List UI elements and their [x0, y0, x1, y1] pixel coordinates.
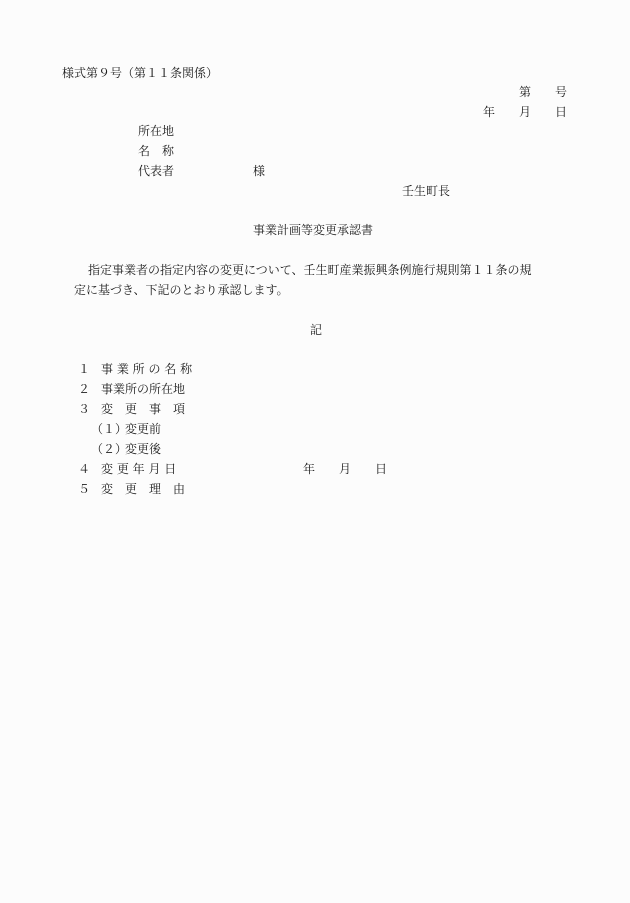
recipient-honorific: 様 [253, 164, 265, 178]
subitem-number: （１） [91, 422, 127, 436]
recipient-name-label: 名 称 [138, 144, 174, 158]
item-number: ３ [78, 402, 90, 416]
document-number-label: 第 号 [519, 85, 567, 99]
subitem-number: （２） [91, 442, 127, 456]
item-number: ５ [78, 482, 90, 496]
item-label-change-reason: 変 更 理 由 [101, 482, 185, 496]
item-number: １ [78, 362, 90, 376]
item-label-change-date: 変 更 年 月 日 [101, 462, 176, 476]
change-date-value: 年 月 日 [303, 462, 387, 476]
issuer-title: 壬生町長 [402, 184, 450, 198]
item-label-business-name: 事 業 所 の 名 称 [101, 362, 192, 376]
recipient-representative-label: 代表者 [138, 164, 174, 178]
form-number: 様式第９号（第１１条関係） [62, 66, 218, 80]
item-label-change-items: 変 更 事 項 [101, 402, 185, 416]
subitem-label-before-change: 変更前 [125, 422, 161, 436]
body-line-1: 指定事業者の指定内容の変更について、壬生町産業振興条例施行規則第１１条の規 [88, 263, 532, 277]
document-title: 事業計画等変更承認書 [253, 223, 373, 237]
issue-date-label: 年 月 日 [483, 105, 567, 119]
recipient-address-label: 所在地 [138, 124, 174, 138]
subitem-label-after-change: 変更後 [125, 442, 161, 456]
item-number: ４ [78, 462, 90, 476]
body-line-2: 定に基づき、下記のとおり承認します。 [74, 283, 289, 297]
ki-heading: 記 [310, 323, 322, 337]
item-label-business-address: 事業所の所在地 [101, 382, 185, 396]
item-number: ２ [78, 382, 90, 396]
